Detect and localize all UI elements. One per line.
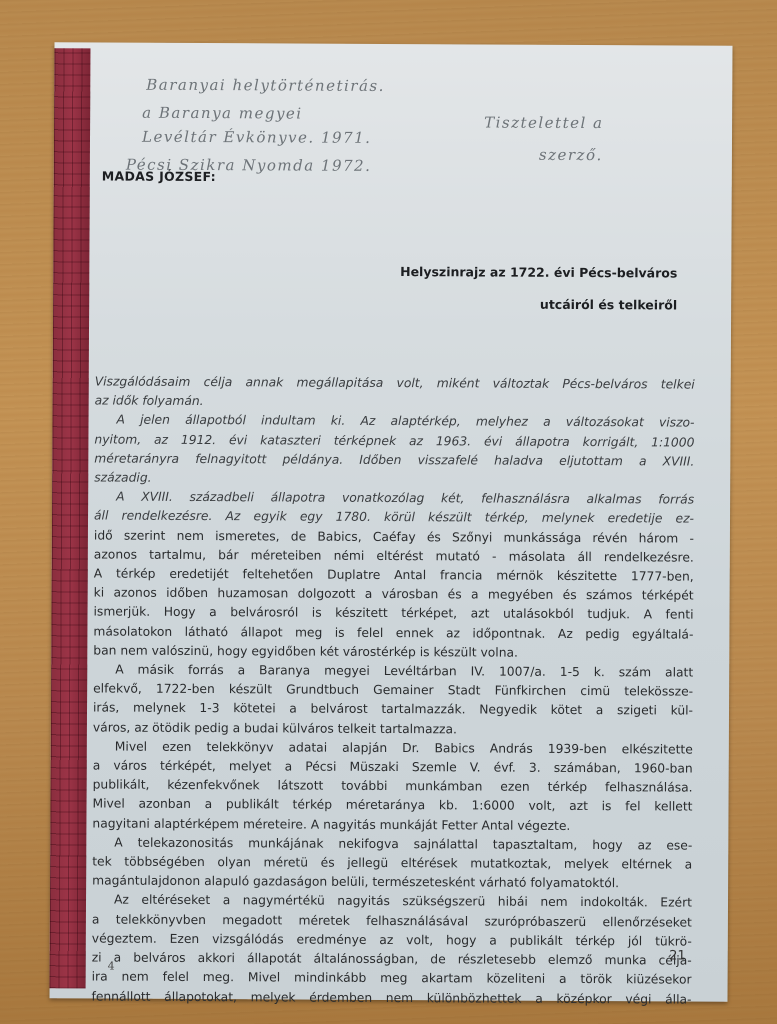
- handwritten-line: Tisztelettel a: [484, 110, 604, 135]
- body-line: ismerjük. Hogy a belvárosról is készitet…: [93, 603, 693, 625]
- handwritten-citation-note: Baranyai helytörténetirás. a Baranya meg…: [104, 72, 385, 177]
- body-line: fennállott állapotokat, melyek érdemben …: [91, 987, 691, 1009]
- author-name: MADAS JÓZSEF:: [102, 168, 216, 184]
- body-line: ira nem felel meg. Mivel mindinkább meg …: [92, 968, 692, 990]
- handwritten-dedication: Tisztelettel a szerző.: [484, 110, 604, 167]
- body-line: méretarányra felnagyitott példánya. Időb…: [94, 449, 694, 471]
- document-page: Baranyai helytörténetirás. a Baranya meg…: [50, 42, 733, 1002]
- binding-spine: [50, 48, 91, 988]
- article-title: Helyszinrajz az 1722. évi Pécs-belváros …: [400, 256, 678, 321]
- handwritten-line: a Baranya megyei: [142, 101, 385, 126]
- body-line: irás, melynek 1-3 kötetei a belvárost ta…: [93, 699, 693, 721]
- handwritten-line: Levéltár Évkönyve. 1971.: [142, 125, 385, 150]
- article-body: Viszgálódásaim célja annak megállapitása…: [91, 372, 694, 1009]
- body-line: áll rendelkezésre. Az egyik egy 1780. kö…: [94, 507, 694, 529]
- handwritten-line: szerző.: [539, 143, 604, 167]
- title-line-1: Helyszinrajz az 1722. évi Pécs-belváros: [400, 256, 677, 289]
- body-line: A jelen állapotból indultam ki. Az alapt…: [94, 411, 694, 433]
- page-number-left: 4: [108, 960, 115, 973]
- title-line-2: utcáiról és telkeiről: [400, 288, 677, 321]
- handwritten-line: Baranyai helytörténetirás.: [146, 73, 385, 98]
- page-number-right: 21: [669, 948, 686, 963]
- body-line: Mivel azonban a publikált térkép méretar…: [92, 795, 692, 817]
